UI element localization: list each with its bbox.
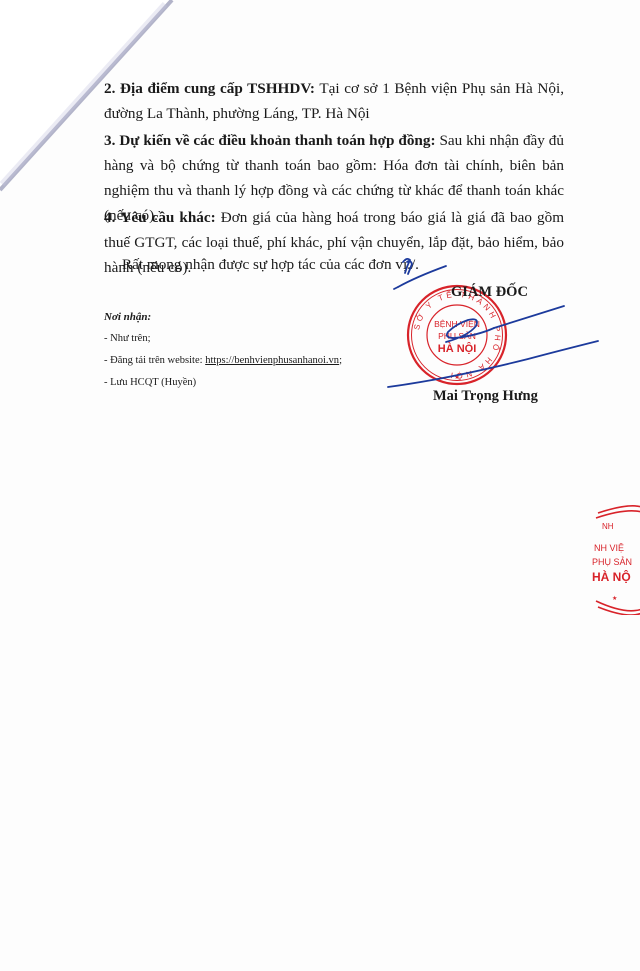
item-heading: Dự kiến về các điều khoản thanh toán hợp…: [119, 132, 435, 149]
item-delivery-location: 2. Địa điểm cung cấp TSHHDV: Tại cơ sở 1…: [104, 76, 564, 126]
item-number: 4.: [104, 209, 115, 226]
svg-text:NH: NH: [602, 522, 614, 531]
recipient-line: - Đăng tải trên website: https://benhvie…: [104, 350, 342, 372]
svg-text:HÀ NỘ: HÀ NỘ: [592, 569, 631, 584]
svg-text:PHỤ SẢN: PHỤ SẢN: [592, 556, 632, 567]
item-number: 3.: [104, 132, 115, 149]
recipients-title: Nơi nhận:: [104, 306, 342, 328]
item-heading: Địa điểm cung cấp TSHHDV:: [120, 80, 315, 97]
svg-text:BỆNH VIỆN: BỆNH VIỆN: [434, 319, 480, 329]
recipient-line: - Lưu HCQT (Huyền): [104, 372, 342, 394]
closing-line: Rất mong nhận được sự hợp tác của các đơ…: [122, 256, 419, 274]
item-heading: Yêu cầu khác:: [120, 209, 215, 226]
svg-text:NH VIỆ: NH VIỆ: [594, 543, 624, 553]
svg-text:HÀ NỘI: HÀ NỘI: [438, 342, 477, 355]
recipients-block: Nơi nhận: - Như trên; - Đăng tải trên we…: [104, 306, 342, 394]
svg-text:PHỤ SẢN: PHỤ SẢN: [438, 330, 476, 341]
svg-text:★: ★: [612, 595, 617, 602]
svg-text:★: ★: [454, 374, 459, 381]
website-link[interactable]: https://benhvienphusanhanoi.vn: [205, 355, 339, 366]
item-number: 2.: [104, 80, 115, 97]
signer-title: GIÁM ĐỐC: [451, 284, 528, 301]
signer-name: Mai Trọng Hưng: [433, 388, 538, 405]
recipient-line: - Như trên;: [104, 328, 342, 350]
edge-stamp: NH NH VIỆ PHỤ SẢN HÀ NỘ ★: [588, 505, 640, 615]
